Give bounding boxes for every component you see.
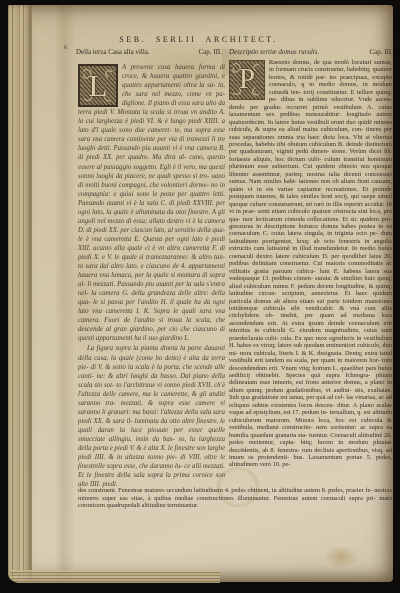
page-number: 6 [64,44,67,51]
italian-paragraph-2: La figura sopra la pianta dinota la part… [78,344,225,489]
chapter-heading-italian: Della terza Casa alla villa. Cap. III. [76,48,222,56]
italian-text-column: L A presente casa hauera forma di croce,… [78,63,225,489]
paper-stain-corner [324,545,358,569]
running-title: SEB. SERLII ARCHITECT. [8,35,389,44]
chapter-number-italian: Cap. III. [198,48,222,56]
bottom-page-edges [10,570,220,583]
chapter-title-italian: Della terza Casa alla villa. [76,48,150,56]
book-page-edges [8,5,32,582]
woodcut-initial-L: L [78,64,118,107]
initial-letter: L [80,69,116,103]
book-scan: 6 SEB. SERLII ARCHITECT. Della terza Cas… [0,0,400,593]
chapter-heading-latin: Descriptio tertiæ domus ruralis. Cap. II… [229,48,393,56]
woodcut-initial-P: P [229,60,265,100]
latin-paragraph: Raesens domus, de qua modò locuturi sumu… [229,59,392,469]
book-page: 6 SEB. SERLII ARCHITECT. Della terza Cas… [8,5,393,582]
chapter-number-latin: Cap. III. [369,48,393,56]
latin-footer-paragraph: des construent. Fenestrae maiores secund… [78,487,392,510]
latin-text-column: P Raesens domus, de qua modò locuturi su… [229,59,392,469]
initial-letter: P [230,63,264,96]
chapter-title-latin: Descriptio tertiæ domus ruralis. [229,48,319,56]
gutter-crease [54,5,76,582]
